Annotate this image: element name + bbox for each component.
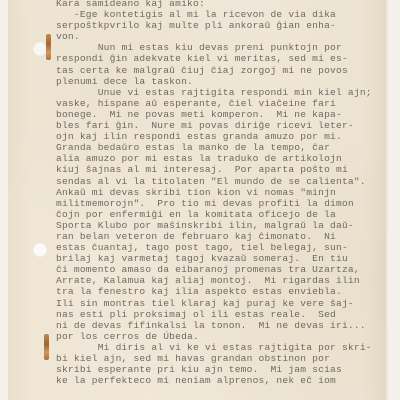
text-line: alia amuzo por mi estas la traduko de ar… [56,153,386,164]
text-line: Ili sin montras tiel klaraj kaj puraj ke… [56,298,386,309]
text-line: ni de devas fifinkalsi la tonon. Mi ne d… [56,320,386,331]
text-line: bonege. Mi ne povas meti komperon. Mi ne… [56,109,386,120]
text-line: estas ĉuantaj, tago post tago, tiel bele… [56,242,386,253]
text-line: Sporta Klubo por maŝinskribi ilin, malgr… [56,220,386,231]
text-line: sendas al vi la titolaten "El mundo de s… [56,176,386,187]
text-line: Unue vi estas rajtigita respondi min kie… [56,87,386,98]
text-line: bles fari ĝin. Nure mi povas diriĝe rice… [56,120,386,131]
text-line: ke la perfekteco mi neniam alprenos, nek… [56,375,386,386]
text-line: tra la fenestro kaj ilia aspekto estas e… [56,286,386,297]
text-line: serpoŝtkpvrilo kaj multe pli ankoraŭ ĝia… [56,20,386,31]
text-line: -Ege kontetigis al mi la ricevon de via … [56,9,386,20]
scanned-page: Kara samideano kaj amiko: -Ege kontetigi… [0,0,400,400]
text-line: Nun mi estas kiu devas preni punktojn po… [56,42,386,53]
text-line: tas certa ke malgraŭ ĉiuj ĉiaj zorgoj mi… [56,65,386,76]
rust-staple-mark-bottom [44,334,49,360]
rust-staple-mark-top [46,34,51,60]
text-line: Mi diris al vi ke vi estas rajtigita por… [56,342,386,353]
letter-body: Kara samideano kaj amiko: -Ege kontetigi… [56,0,386,386]
text-line: Arrate, Kalamua kaj aliaj montoj. Mi rig… [56,275,386,286]
text-line: ĉi momento amaso da eibaranoj promenas t… [56,264,386,275]
text-line: ojn kaj ilin respondi estas granda amuzo… [56,131,386,142]
text-line: respondi ĝin adekvate kiel vi meritas, s… [56,53,386,64]
text-line: Granda bedaŭro estas la manko de la temp… [56,142,386,153]
text-line: Kara samideano kaj amiko: [56,0,386,9]
text-line: vaske, hispane aŭ esperante, ĉiel viaĉei… [56,98,386,109]
text-line: plenumi dece la taskon. [56,76,386,87]
text-line: por los cerros de Úbeda. [56,331,386,342]
punch-hole-bottom [33,243,47,257]
text-line: ran belan veteron de februaro kaj ĉimona… [56,231,386,242]
text-line: nas esti pli proksimaj ol ili estas real… [56,309,386,320]
text-line: ĉojn por enfermiĝi en la komitata oficej… [56,209,386,220]
punch-hole-top [33,42,47,56]
text-line: kiuj ŝajnas al mi interesaj. Por aparta … [56,164,386,175]
text-line: Ankaŭ mi devas skribi tion kion vi nomas… [56,187,386,198]
text-line: von. [56,31,386,42]
text-line: brilaj kaj varmetaj tagoj kvazaŭ someraj… [56,253,386,264]
text-line: skribi esperante pri kiu ajn temo. Mi ja… [56,364,386,375]
text-line: militmemorojn". Pro tio mi devas profiti… [56,198,386,209]
text-line: bi kiel ajn, sed mi havas grandan obstin… [56,353,386,364]
